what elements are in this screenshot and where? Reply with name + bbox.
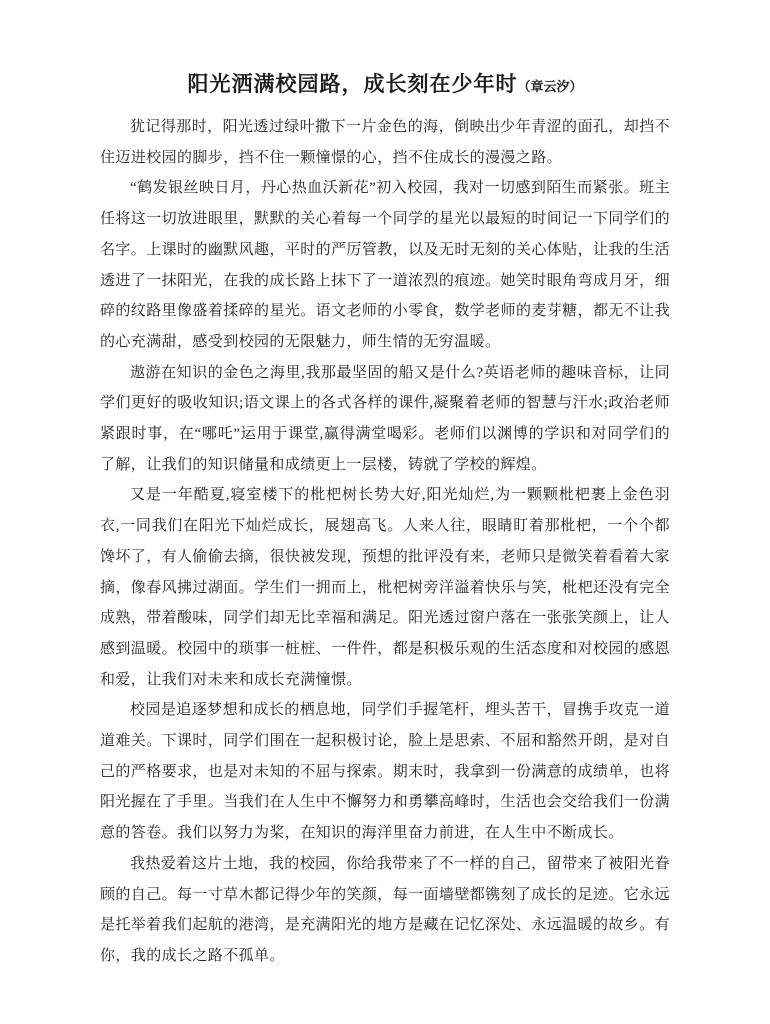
title-text: 阳光洒满校园路，成长刻在少年时 (187, 72, 517, 96)
document-page: 阳光洒满校园路，成长刻在少年时（章云汐） 犹记得那时，阳光透过绿叶撒下一片金色的… (0, 0, 770, 1024)
paragraph-3: 遨游在知识的金色之海里,我那最坚固的船又是什么?英语老师的趣味音标，让同学们更好… (100, 358, 670, 481)
paragraph-6: 我热爱着这片土地，我的校园，你给我带来了不一样的自己，留带来了被阳光眷顾的自己。… (100, 849, 670, 972)
document-body: 犹记得那时，阳光透过绿叶撒下一片金色的海，倒映出少年青涩的面孔，却挡不住迈进校园… (100, 112, 670, 972)
paragraph-4: 又是一年酷夏,寝室楼下的枇杷树长势大好,阳光灿烂,为一颗颗枇杷裹上金色羽衣,一同… (100, 480, 670, 695)
document-title: 阳光洒满校园路，成长刻在少年时（章云汐） (100, 68, 670, 98)
paragraph-2: “鹤发银丝映日月，丹心热血沃新花”初入校园，我对一切感到陌生而紧张。班主任将这一… (100, 173, 670, 357)
paragraph-5: 校园是追逐梦想和成长的栖息地，同学们手握笔杆，埋头苦干，冒携手攻克一道道难关。下… (100, 695, 670, 849)
paragraph-1: 犹记得那时，阳光透过绿叶撒下一片金色的海，倒映出少年青涩的面孔，却挡不住迈进校园… (100, 112, 670, 173)
author-text: （章云汐） (517, 79, 582, 94)
